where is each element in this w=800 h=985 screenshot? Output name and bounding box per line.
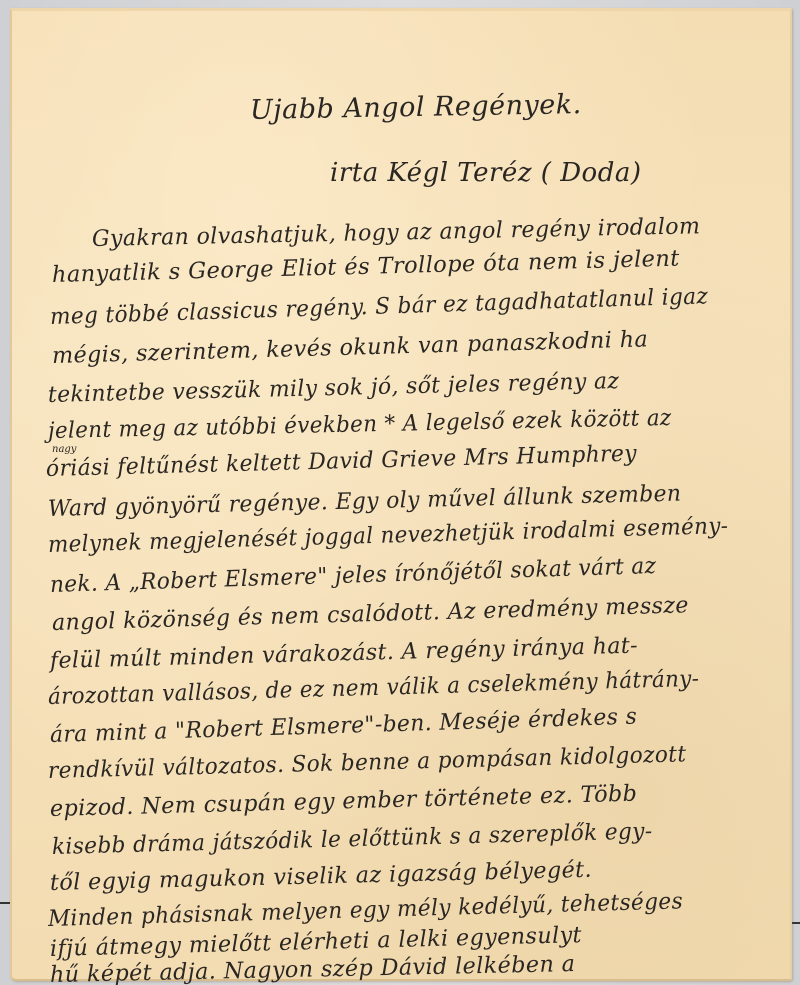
manuscript-line: epizod. Nem csupán egy ember története e… [50,781,638,822]
manuscript-line: Ward gyönyörű regénye. Egy oly művel áll… [48,481,682,522]
manuscript-line: ározottan vallásos, de ez nem válik a cs… [48,666,700,710]
manuscript-line: rendkívül változatos. Sok benne a pompás… [48,741,687,784]
manuscript-line: felül múlt minden várakozást. A regény i… [50,633,639,674]
manuscript-line: tekintetbe vesszük mily sok jó, sőt jele… [48,368,620,408]
manuscript-line: jelent meg az utóbbi években * A legelső… [48,405,672,444]
manuscript-line: kisebb dráma játszódik le előttünk s a s… [52,818,653,860]
manuscript-line: nek. A „Robert Elsmere" jeles írónőjétől… [50,553,657,598]
manuscript-line: hanyatlik s George Eliot és Trollope óta… [52,246,680,288]
manuscript-line: óriási feltűnést keltett David Grieve Mr… [46,441,638,482]
manuscript-line: meg többé classicus regény. S bár ez tag… [50,283,709,330]
manuscript-line: Gyakran olvashatjuk, hogy az angol regén… [92,213,701,252]
manuscript-line: ára mint a "Robert Elsmere"-ben. Meséje … [50,704,638,748]
manuscript-line: angol közönség és nem csalódott. Az ered… [52,592,689,636]
manuscript-body: Gyakran olvashatjuk, hogy az angol regén… [0,0,800,985]
manuscript-line: Minden phásisnak melyen egy mély kedélyű… [48,888,684,932]
manuscript-line: mégis, szerintem, kevés okunk van panasz… [52,326,649,369]
interlinear-insertion: nagy [52,444,76,455]
manuscript-line: től egyig magukon viselik az igazság bél… [50,857,593,896]
manuscript-line: melynek megjelenését joggal nevezhetjük … [48,513,729,558]
